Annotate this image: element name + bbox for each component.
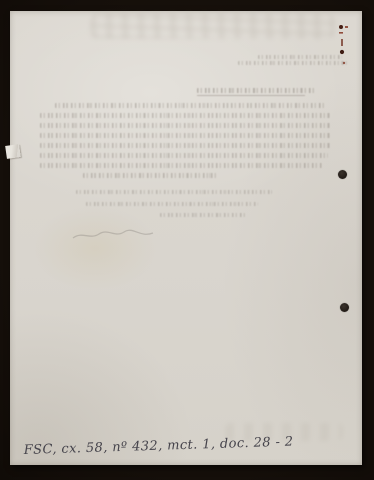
- typed-line-faint: [40, 133, 330, 138]
- bleedthrough-smudge-top: [90, 13, 335, 39]
- typed-heading-faint: [197, 88, 315, 93]
- typed-line-faint: [258, 55, 342, 59]
- typed-line-faint: [40, 113, 330, 118]
- typed-line-faint: [40, 143, 330, 148]
- typed-line-faint: [55, 103, 327, 108]
- typed-line-faint: [40, 123, 330, 128]
- typed-line-faint: [40, 163, 322, 168]
- typed-signature-line-faint: [86, 202, 258, 206]
- typed-signature-line-faint: [160, 213, 248, 217]
- scan-background: FSC, cx. 58, nº 432, mct. 1, doc. 28 - 2: [0, 0, 374, 480]
- paper-tear: [5, 144, 21, 159]
- typed-line-faint: [83, 173, 217, 178]
- typed-line-faint: [238, 61, 347, 65]
- document-page: FSC, cx. 58, nº 432, mct. 1, doc. 28 - 2: [10, 11, 362, 465]
- heading-underline: [197, 95, 305, 96]
- hole-punch-dot: [340, 303, 349, 312]
- typed-signature-line-faint: [76, 190, 272, 194]
- typed-line-faint: [40, 153, 328, 158]
- hole-punch-dot: [338, 170, 347, 179]
- archival-reference: FSC, cx. 58, nº 432, mct. 1, doc. 28 - 2: [24, 436, 254, 458]
- pencil-scribble: [70, 225, 156, 245]
